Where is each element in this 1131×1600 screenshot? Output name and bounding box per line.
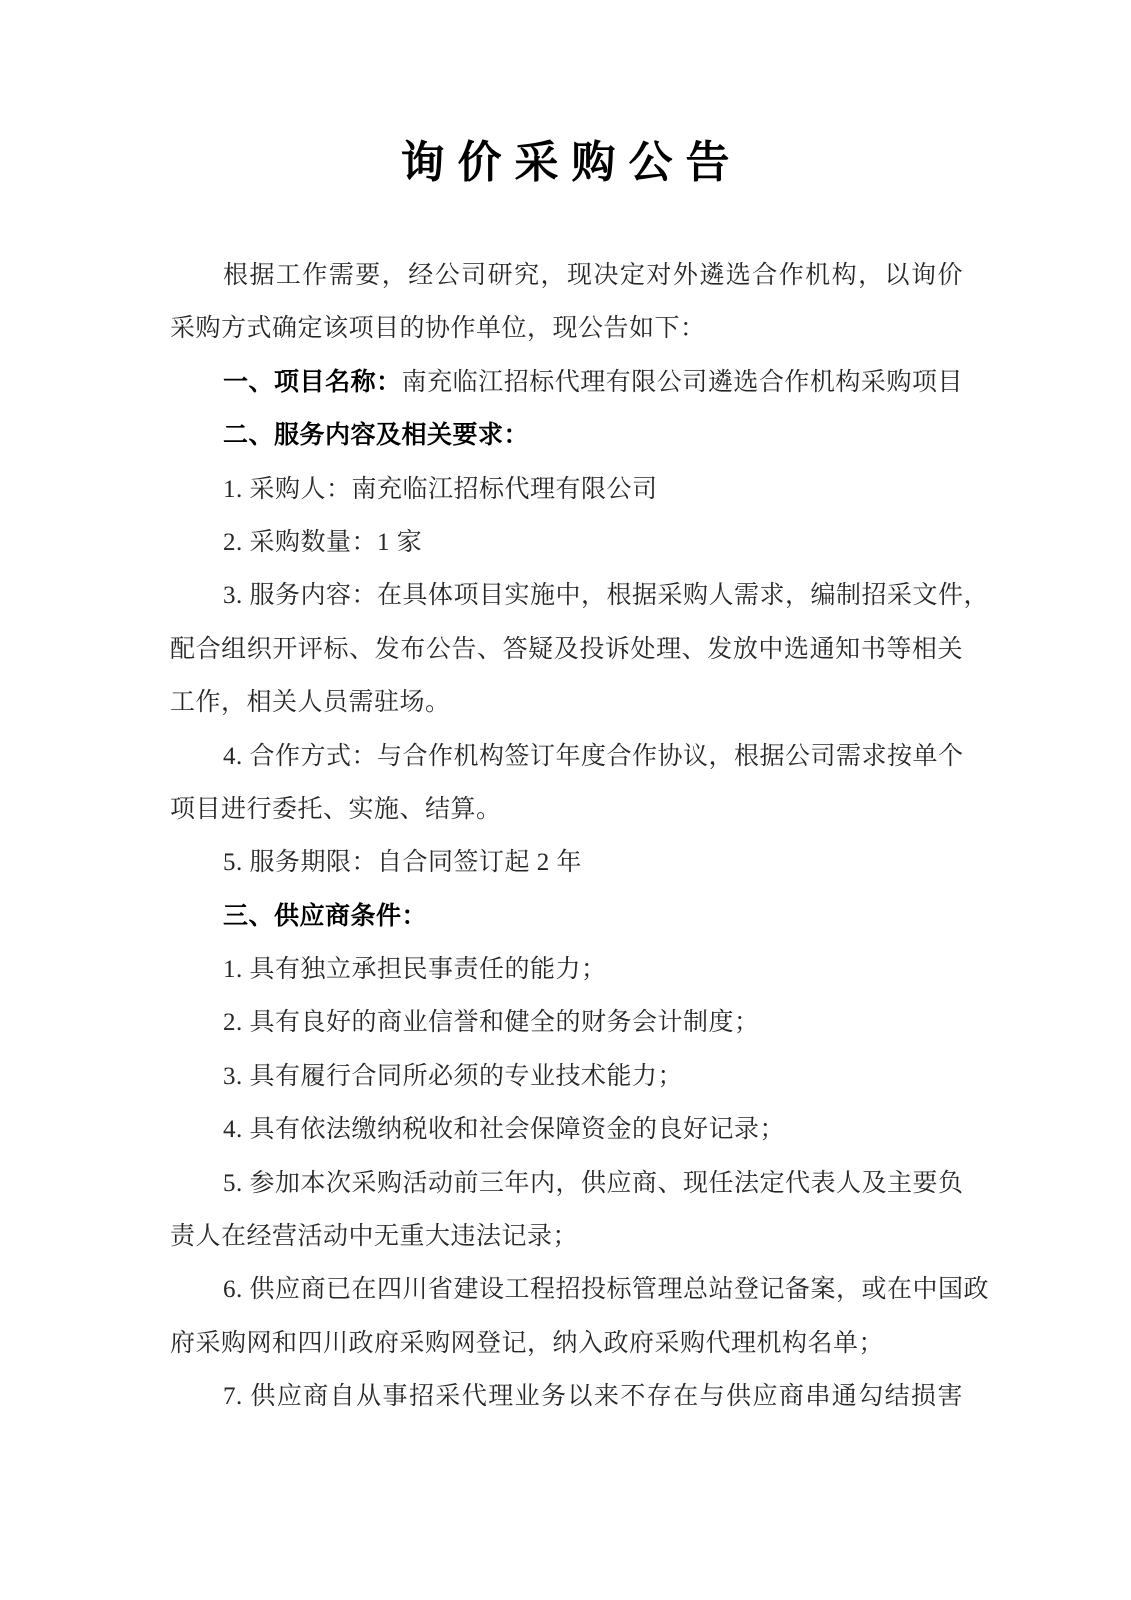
- service-heading: 二、服务内容及相关要求：: [170, 409, 963, 462]
- section-supplier-conditions: 三、供应商条件： 1. 具有独立承担民事责任的能力； 2. 具有良好的商业信誉和…: [170, 890, 963, 1424]
- project-name-value: 南充临江招标代理有限公司遴选合作机构采购项目: [402, 369, 963, 396]
- intro-line-1: 根据工作需要，经公司研究，现决定对外遴选合作机构，以询价: [170, 249, 963, 302]
- service-item-5: 5. 服务期限：自合同签订起 2 年: [170, 836, 963, 889]
- service-item-1: 1. 采购人：南充临江招标代理有限公司: [170, 463, 963, 516]
- service-item-4-line-1: 4. 合作方式：与合作机构签订年度合作协议，根据公司需求按单个: [170, 730, 963, 783]
- document-page: 询 价 采 购 公 告 根据工作需要，经公司研究，现决定对外遴选合作机构，以询价…: [0, 0, 1131, 1600]
- supplier-item-4: 4. 具有依法缴纳税收和社会保障资金的良好记录；: [170, 1103, 963, 1156]
- service-item-4-line-2: 项目进行委托、实施、结算。: [170, 783, 963, 836]
- supplier-item-1: 1. 具有独立承担民事责任的能力；: [170, 943, 963, 996]
- supplier-item-5-line-1: 5. 参加本次采购活动前三年内，供应商、现任法定代表人及主要负: [170, 1157, 963, 1210]
- section-project-name: 一、项目名称：南充临江招标代理有限公司遴选合作机构采购项目: [170, 356, 963, 409]
- supplier-item-2: 2. 具有良好的商业信誉和健全的财务会计制度；: [170, 996, 963, 1049]
- service-item-2: 2. 采购数量：1 家: [170, 516, 963, 569]
- page-title: 询 价 采 购 公 告: [0, 0, 1131, 195]
- service-item-3-line-1: 3. 服务内容：在具体项目实施中，根据采购人需求，编制招采文件，: [170, 569, 963, 622]
- section-service-content: 二、服务内容及相关要求： 1. 采购人：南充临江招标代理有限公司 2. 采购数量…: [170, 409, 963, 890]
- supplier-item-7-line-1: 7. 供应商自从事招采代理业务以来不存在与供应商串通勾结损害: [170, 1370, 963, 1423]
- document-body: 根据工作需要，经公司研究，现决定对外遴选合作机构，以询价 采购方式确定该项目的协…: [170, 249, 963, 1424]
- service-item-3-line-2: 配合组织开评标、发布公告、答疑及投诉处理、发放中选通知书等相关: [170, 623, 963, 676]
- service-item-3-line-3: 工作，相关人员需驻场。: [170, 676, 963, 729]
- supplier-heading: 三、供应商条件：: [170, 890, 963, 943]
- project-name-label: 一、项目名称：: [223, 368, 402, 396]
- supplier-item-5-line-2: 责人在经营活动中无重大违法记录；: [170, 1210, 963, 1263]
- supplier-item-6-line-2: 府采购网和四川政府采购网登记，纳入政府采购代理机构名单；: [170, 1317, 963, 1370]
- supplier-item-6-line-1: 6. 供应商已在四川省建设工程招投标管理总站登记备案，或在中国政: [170, 1263, 963, 1316]
- intro-line-2: 采购方式确定该项目的协作单位，现公告如下：: [170, 302, 963, 355]
- project-name-line: 一、项目名称：南充临江招标代理有限公司遴选合作机构采购项目: [170, 356, 963, 409]
- supplier-item-3: 3. 具有履行合同所必须的专业技术能力；: [170, 1050, 963, 1103]
- intro-paragraph: 根据工作需要，经公司研究，现决定对外遴选合作机构，以询价 采购方式确定该项目的协…: [170, 249, 963, 356]
